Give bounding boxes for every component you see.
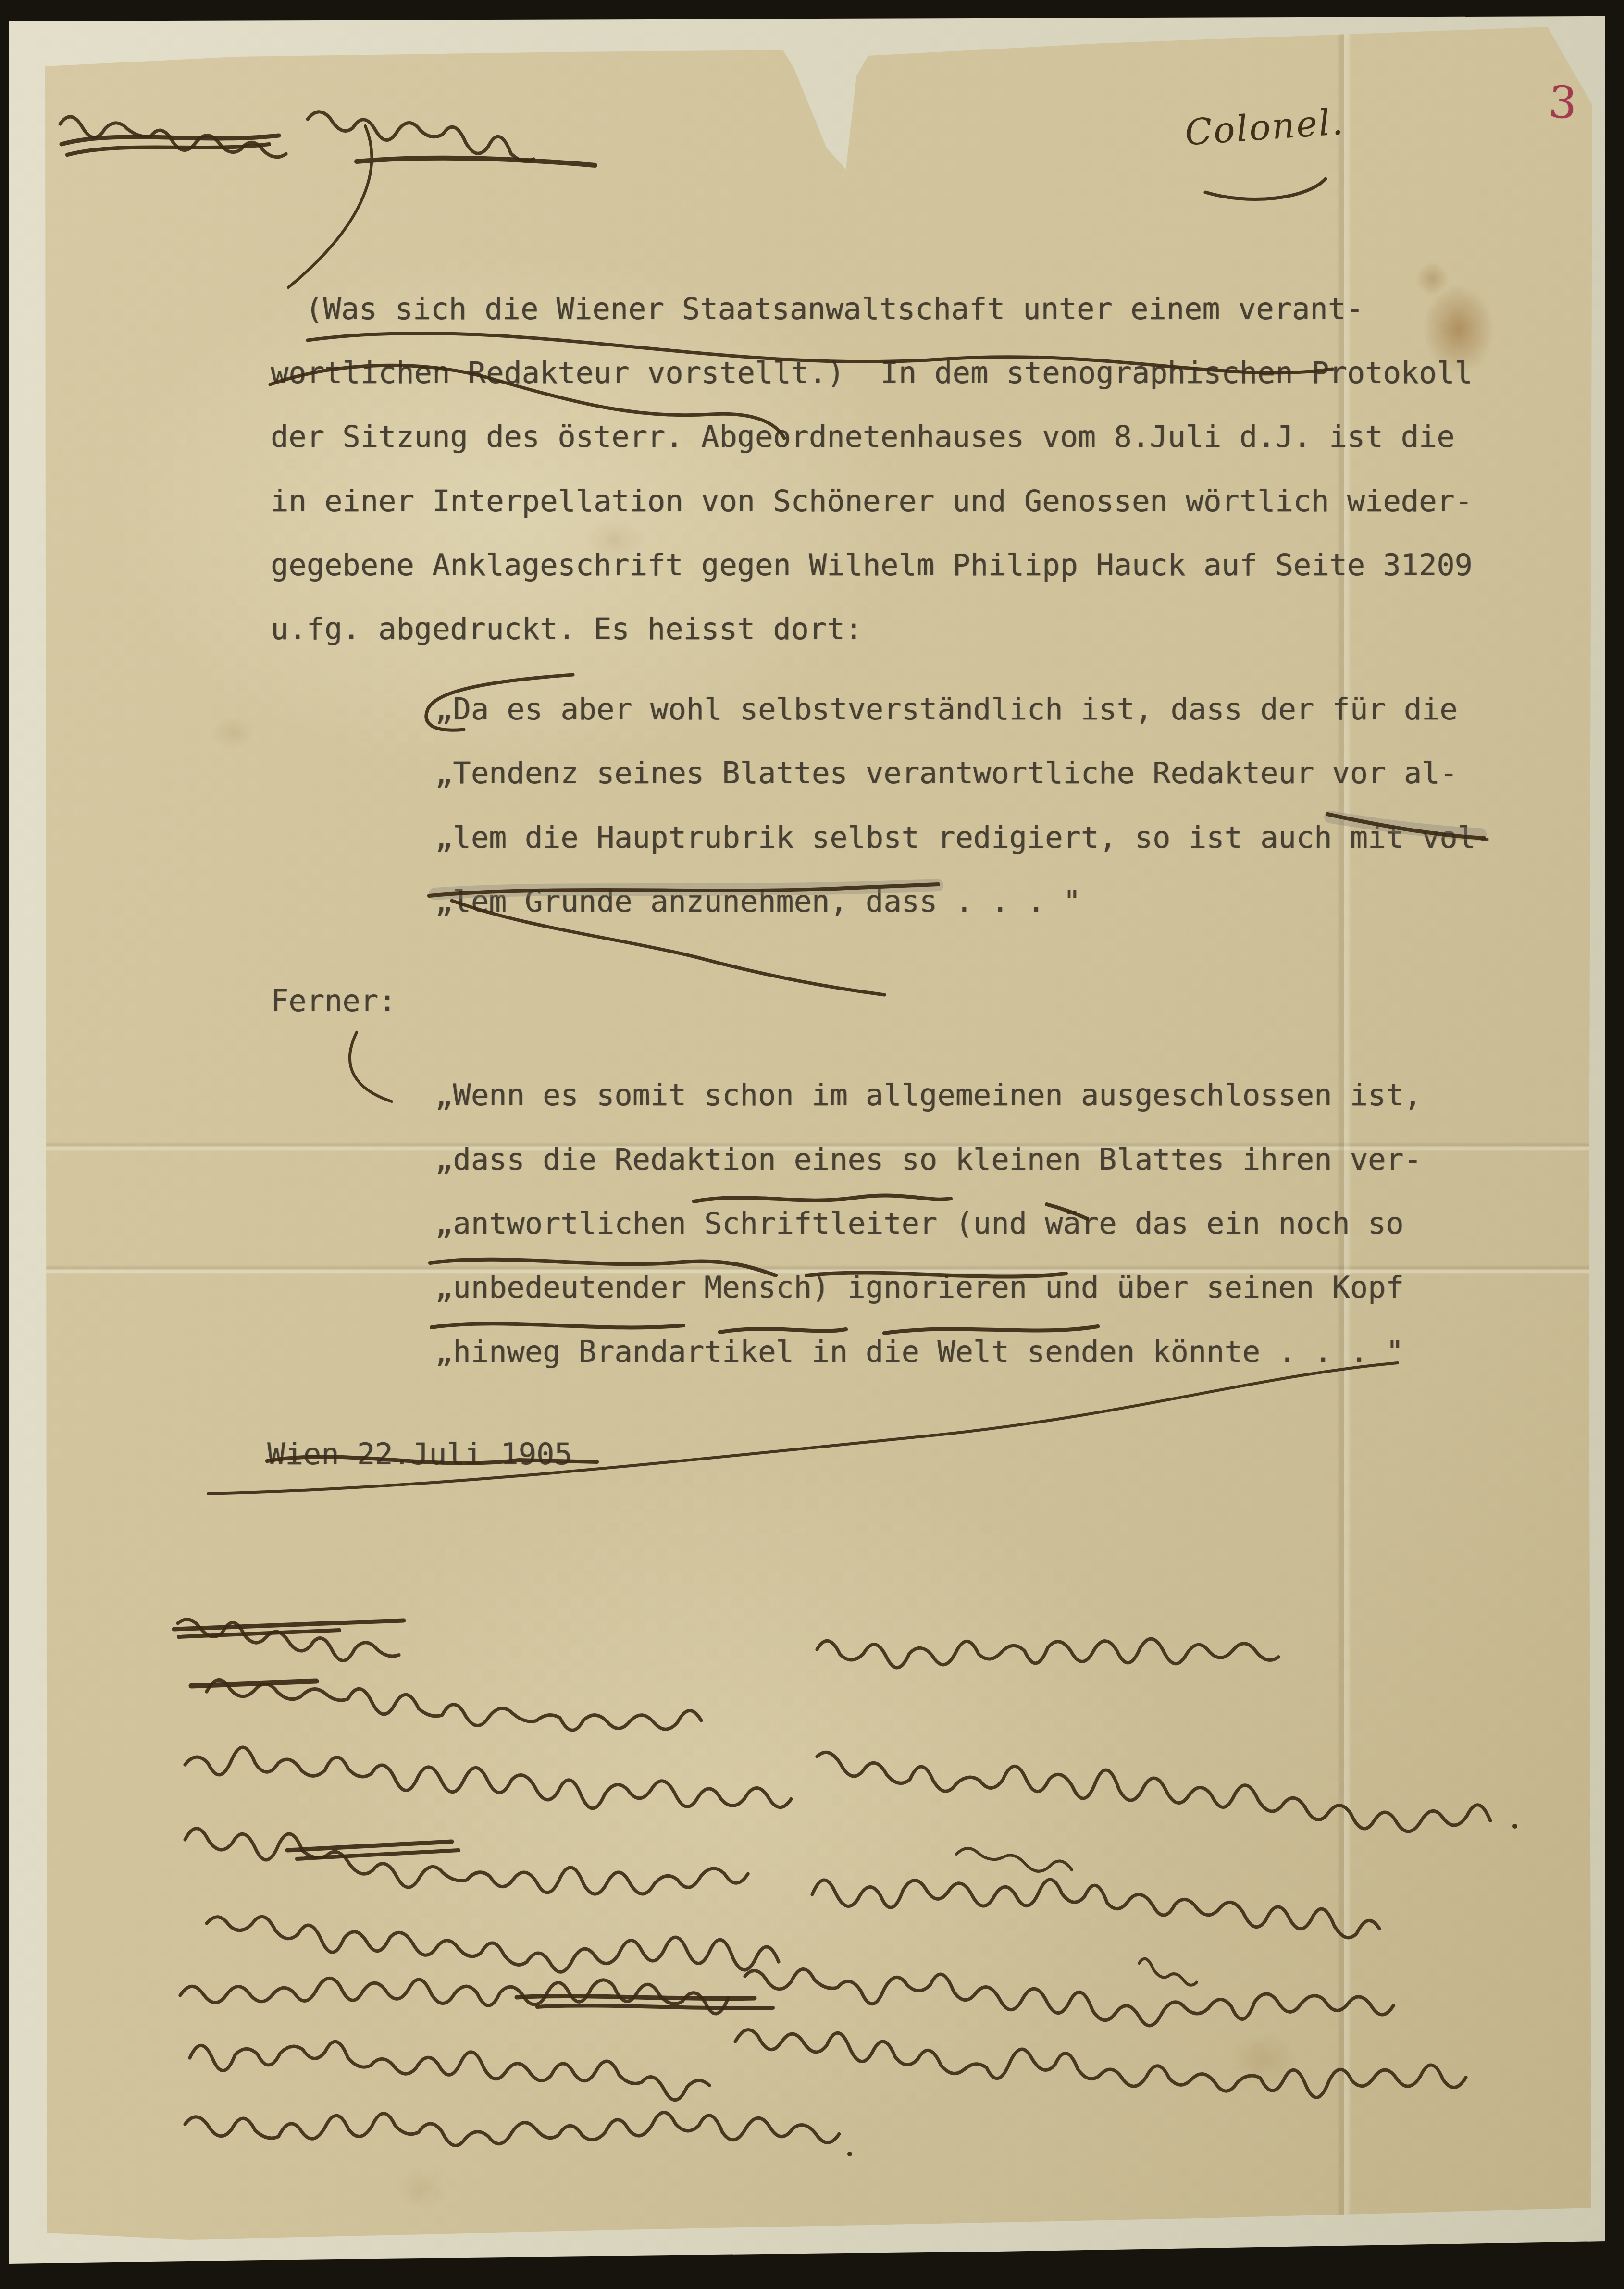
typed-line-paragraph-4: in einer Interpellation von Schönerer un… (271, 486, 1473, 516)
page-number: 3 (1547, 76, 1578, 129)
typed-line-quote2-2: „dass die Redaktion eines so kleinen Bla… (435, 1145, 1422, 1175)
typed-line-quote1-4: „lem Grunde anzunehmen, dass . . . " (435, 887, 1081, 916)
typed-line-paragraph-2: wortlichen Redakteur vorstellt.) In dem … (271, 358, 1473, 388)
stain (211, 716, 255, 750)
scanned-page: (Was sich die Wiener Staatsanwaltschaft … (0, 0, 1624, 2289)
typed-line-paragraph-5: gegebene Anklageschrift gegen Wilhelm Ph… (271, 550, 1473, 580)
typed-line-paragraph-3: der Sitzung des österr. Abgeordnetenhaus… (271, 422, 1455, 452)
typed-line-quote2-3: „antwortlichen Schriftleiter (und wäre d… (435, 1209, 1404, 1238)
typed-line-quote1-2: „Tendenz seines Blattes verantwortliche … (435, 758, 1458, 788)
typed-line-ferner: Ferner: (271, 986, 396, 1016)
stain (1230, 2033, 1298, 2086)
typed-line-quote1-3: „lem die Hauptrubrik selbst redigiert, s… (435, 823, 1493, 853)
typed-line-quote2-5: „hinweg Brandartikel in die Welt senden … (435, 1337, 1404, 1367)
stain (394, 2167, 447, 2211)
typed-line-paragraph-1: (Was sich die Wiener Staatsanwaltschaft … (305, 294, 1364, 324)
typed-line-quote1-1: „Da es aber wohl selbstverständlich ist,… (435, 694, 1458, 724)
typed-line-quote2-1: „Wenn es somit schon im allgemeinen ausg… (435, 1080, 1422, 1110)
typed-line-quote2-4: „unbedeutender Mensch) ignorieren und üb… (435, 1273, 1404, 1302)
stain (1415, 262, 1449, 296)
typed-line-dateline: Wien 22.Juli 1905 (267, 1439, 572, 1469)
typed-line-paragraph-6: u.fg. abgedruckt. Es heisst dort: (271, 614, 863, 644)
